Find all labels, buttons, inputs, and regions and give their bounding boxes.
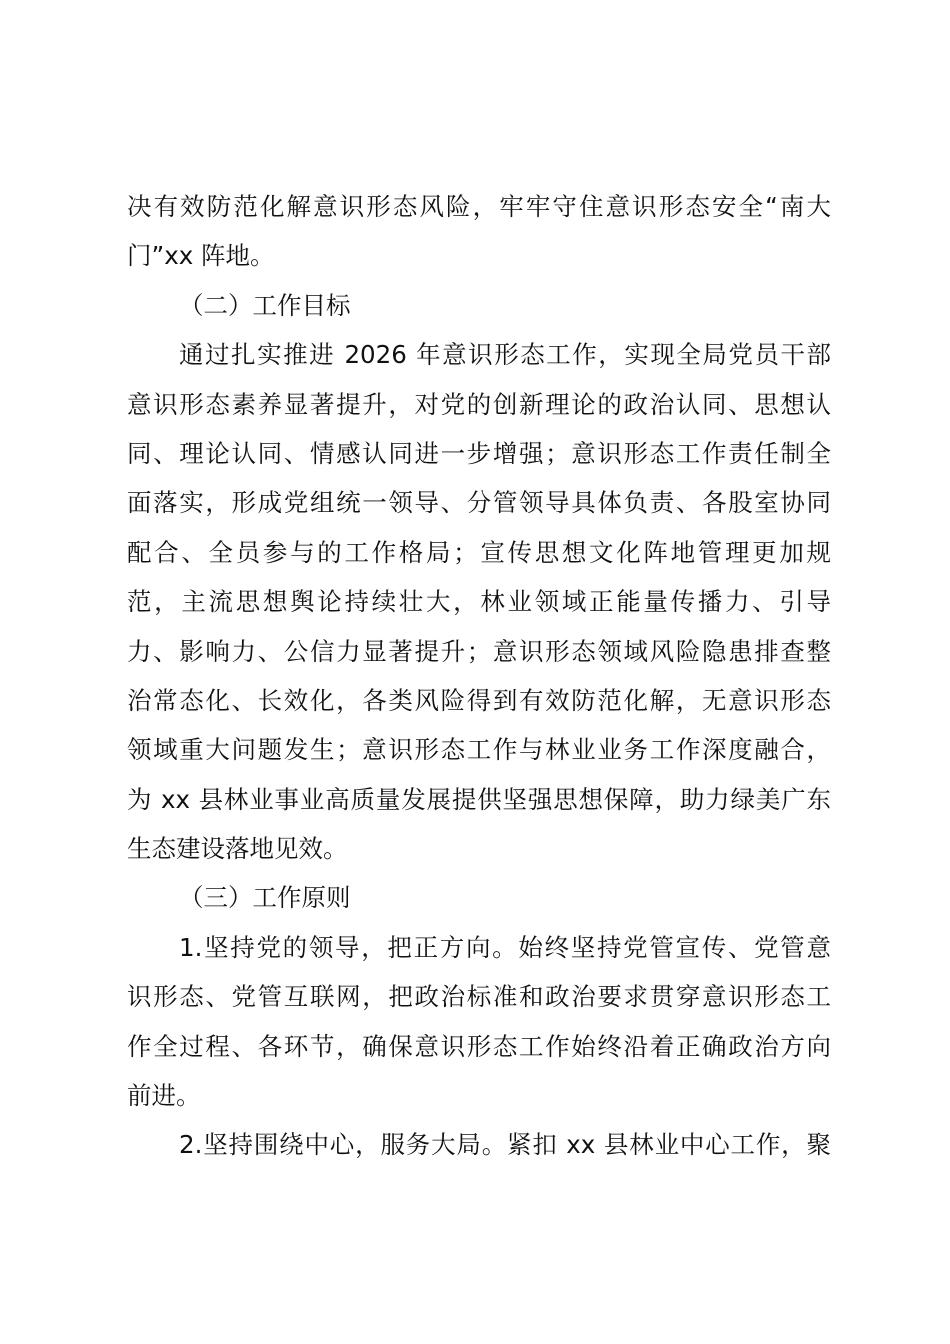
- text-line-9: 范，主流思想舆论持续壮大，林业领域正能量传播力、引导: [127, 577, 831, 626]
- text-line-1: 决有效防范化解意识形态风险，牢牢守住意识形态安全“南大: [127, 182, 831, 231]
- section-heading-work-principles: （三）工作原则: [127, 873, 831, 922]
- principle-2-line-1: 2.坚持围绕中心，服务大局。紧扣 xx 县林业中心工作，聚: [127, 1120, 831, 1169]
- text-line-2: 门”xx 阵地。: [127, 231, 831, 280]
- document-page: 决有效防范化解意识形态风险，牢牢守住意识形态安全“南大 门”xx 阵地。 （二）…: [127, 182, 831, 1170]
- text-line-4: 通过扎实推进 2026 年意识形态工作，实现全局党员干部: [127, 330, 831, 379]
- text-line-14: 生态建设落地见效。: [127, 824, 831, 873]
- text-line-7: 面落实，形成党组统一领导、分管领导具体负责、各股室协同: [127, 478, 831, 527]
- principle-1-line-4: 前进。: [127, 1071, 831, 1120]
- principle-1-line-3: 作全过程、各环节，确保意识形态工作始终沿着正确政治方向: [127, 1022, 831, 1071]
- principle-1-line-2: 识形态、党管互联网，把政治标准和政治要求贯穿意识形态工: [127, 972, 831, 1021]
- text-line-10: 力、影响力、公信力显著提升；意识形态领域风险隐患排查整: [127, 627, 831, 676]
- text-line-6: 同、理论认同、情感认同进一步增强；意识形态工作责任制全: [127, 429, 831, 478]
- text-line-5: 意识形态素养显著提升，对党的创新理论的政治认同、思想认: [127, 380, 831, 429]
- principle-1-line-1: 1.坚持党的领导，把正方向。始终坚持党管宣传、党管意: [127, 923, 831, 972]
- text-line-8: 配合、全员参与的工作格局；宣传思想文化阵地管理更加规: [127, 528, 831, 577]
- text-line-11: 治常态化、长效化，各类风险得到有效防范化解，无意识形态: [127, 676, 831, 725]
- text-line-12: 领域重大问题发生；意识形态工作与林业业务工作深度融合，: [127, 725, 831, 774]
- text-line-13: 为 xx 县林业事业高质量发展提供坚强思想保障，助力绿美广东: [127, 775, 831, 824]
- section-heading-work-goals: （二）工作目标: [127, 281, 831, 330]
